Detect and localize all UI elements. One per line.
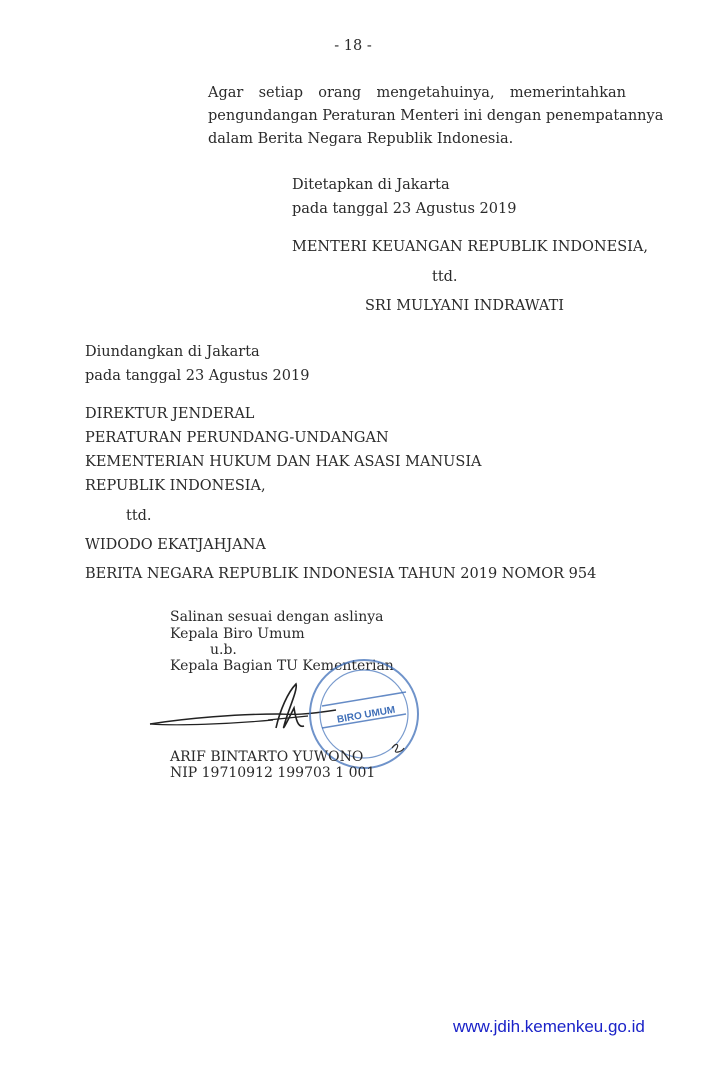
- closing-line-2: pengundangan Peraturan Menteri ini denga…: [208, 105, 626, 128]
- word: orang: [318, 82, 361, 105]
- word: Agar: [208, 82, 243, 105]
- promulgation-signed: ttd.: [126, 505, 152, 528]
- stamp-label: BIRO UMUM: [336, 705, 396, 726]
- closing-paragraph: Agar setiap orang mengetahuinya, memerin…: [208, 82, 626, 151]
- gazette-reference: BERITA NEGARA REPUBLIK INDONESIA TAHUN 2…: [85, 563, 596, 586]
- enactment-place: Ditetapkan di Jakarta: [292, 174, 450, 197]
- word: mengetahuinya,: [376, 82, 494, 105]
- closing-line-3: dalam Berita Negara Republik Indonesia.: [208, 128, 626, 151]
- word: setiap: [259, 82, 303, 105]
- copy-line-2: Kepala Biro Umum: [170, 626, 305, 643]
- website-link[interactable]: www.jdih.kemenkeu.go.id: [453, 1017, 645, 1037]
- word: memerintahkan: [510, 82, 626, 105]
- enactment-name: SRI MULYANI INDRAWATI: [365, 295, 564, 318]
- promulgation-date: pada tanggal 23 Agustus 2019: [85, 365, 309, 388]
- enactment-date: pada tanggal 23 Agustus 2019: [292, 198, 516, 221]
- page-number: - 18 -: [0, 38, 706, 54]
- copy-line-3: u.b.: [210, 642, 237, 659]
- promulgation-title-1: DIREKTUR JENDERAL: [85, 403, 254, 426]
- copy-line-1: Salinan sesuai dengan aslinya: [170, 609, 383, 626]
- enactment-signed: ttd.: [432, 266, 458, 289]
- promulgation-place: Diundangkan di Jakarta: [85, 341, 260, 364]
- promulgation-title-4: REPUBLIK INDONESIA,: [85, 475, 266, 498]
- promulgation-title-2: PERATURAN PERUNDANG-UNDANGAN: [85, 427, 389, 450]
- closing-line-1: Agar setiap orang mengetahuinya, memerin…: [208, 82, 626, 105]
- certifier-name: ARIF BINTARTO YUWONO: [170, 749, 363, 766]
- promulgation-name: WIDODO EKATJAHJANA: [85, 534, 266, 557]
- certifier-nip: NIP 19710912 199703 1 001: [170, 765, 375, 782]
- promulgation-title-3: KEMENTERIAN HUKUM DAN HAK ASASI MANUSIA: [85, 451, 482, 474]
- enactment-title: MENTERI KEUANGAN REPUBLIK INDONESIA,: [292, 236, 648, 259]
